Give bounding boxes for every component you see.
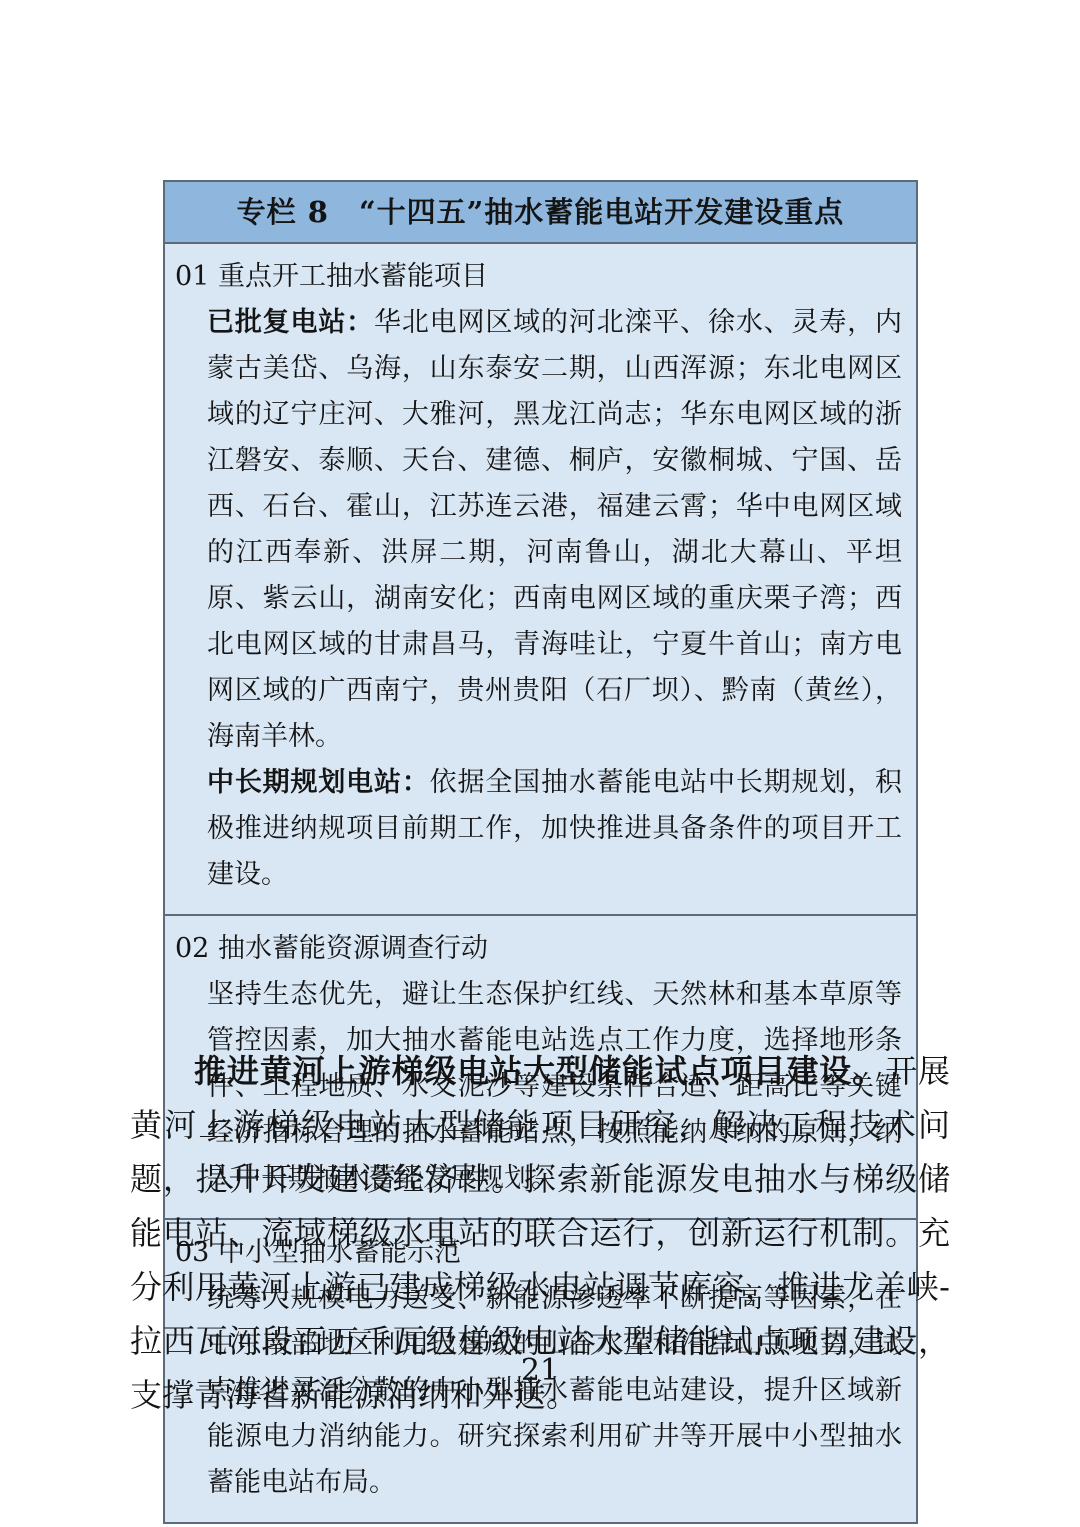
body-lead-sentence: 推进黄河上游梯级电站大型储能试点项目建设。 (194, 1052, 885, 1090)
box-section-01: 01 重点开工抽水蓄能项目 已批复电站：华北电网区域的河北滦平、徐水、灵寿，内蒙… (165, 244, 916, 914)
section-paragraph: 已批复电站：华北电网区域的河北滦平、徐水、灵寿，内蒙古美岱、乌海，山东泰安二期，… (207, 300, 902, 760)
section-heading: 01 重点开工抽水蓄能项目 (175, 254, 902, 300)
paragraph-lead: 已批复电站： (207, 307, 374, 338)
section-heading: 02 抽水蓄能资源调查行动 (175, 926, 902, 972)
section-paragraph: 中长期规划电站：依据全国抽水蓄能电站中长期规划，积极推进纳规项目前期工作，加快推… (207, 760, 902, 898)
paragraph-lead: 中长期规划电站： (207, 767, 430, 798)
paragraph-text: 华北电网区域的河北滦平、徐水、灵寿，内蒙古美岱、乌海，山东泰安二期，山西浑源；东… (207, 307, 902, 752)
box-title: 专栏 8 “十四五”抽水蓄能电站开发建设重点 (165, 182, 916, 244)
page-number: 21 (0, 1352, 1080, 1390)
document-page: { "colors": { "panel-header-bg": "#8fb6d… (0, 0, 1080, 1527)
